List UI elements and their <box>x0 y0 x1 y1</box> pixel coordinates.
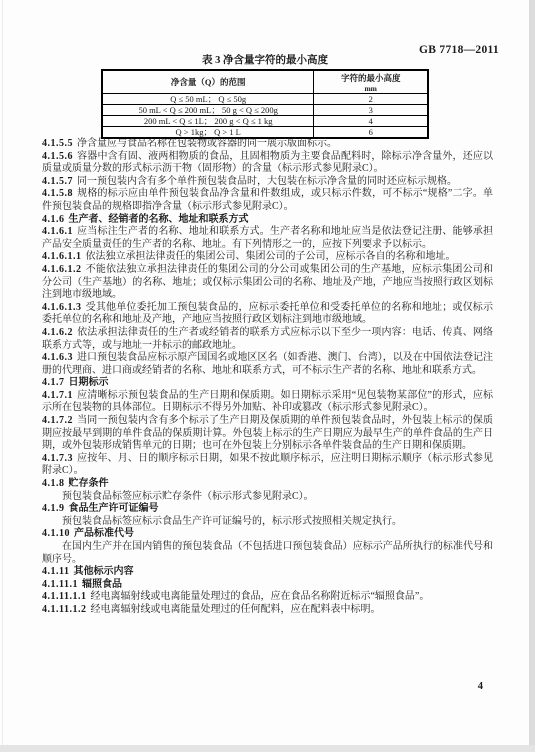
min-height-value-cell: 2 <box>314 94 428 105</box>
clause-number: 4.1.9 <box>42 503 65 514</box>
clause-text: 应当标注生产者的名称、地址和联系方式。生产者名称和地址应当是依法登记注册、能够承… <box>42 226 493 250</box>
section-heading: 4.1.11其他标示内容 <box>42 566 493 579</box>
paragraph: 预包装食品标签应标示贮存条件（标示形式参见附录C）。 <box>42 491 493 504</box>
clause-number: 4.1.5.8 <box>42 188 73 199</box>
clause-text: 辐照食品 <box>82 579 122 590</box>
min-height-value-cell: 4 <box>314 116 428 127</box>
paragraph: 4.1.6.3进口预包装食品应标示原产国国名或地区区名（如香港、澳门、台湾），以… <box>42 352 493 377</box>
clause-number: 4.1.7.3 <box>42 453 73 464</box>
min-height-column-header: 字符的最小高度 mm <box>314 70 428 94</box>
clause-text: 规格的标示应由单件预包装食品净含量和件数组成，或只标示件数，可不标示“规格”二字… <box>42 188 493 212</box>
clause-text: 进口预包装食品应标示原产国国名或地区区名（如香港、澳门、台湾），以及在中国依法登… <box>42 352 493 376</box>
net-content-range-cell: Q ≤ 50 mL； Q ≤ 50g <box>102 94 314 105</box>
net-content-table-section: 表 3 净含量字符的最小高度 净含量（Q）的范围 字符的最小高度 mm Q ≤ … <box>101 55 429 139</box>
section-heading: 4.1.10产品标准代号 <box>42 528 493 541</box>
table-row: Q > 1kg； Q > 1 L6 <box>102 127 428 139</box>
net-content-range-cell: Q > 1kg； Q > 1 L <box>102 127 314 139</box>
paragraph: 4.1.6.1应当标注生产者的名称、地址和联系方式。生产者名称和地址应当是依法登… <box>42 226 493 251</box>
table-row: Q ≤ 50 mL； Q ≤ 50g2 <box>102 94 428 105</box>
net-content-range-cell: 50 mL < Q ≤ 200 mL； 50 g < Q ≤ 200g <box>102 105 314 116</box>
paragraph: 4.1.5.7同一预包装内含有多个单件预包装食品时，大包装在标示净含量的同时还应… <box>42 176 493 189</box>
page-left-edge <box>2 0 3 752</box>
standard-code-header: GB 7718—2011 <box>419 44 499 56</box>
paragraph: 4.1.5.5净含量应与食品名称在包装物或容器的同一展示版面标示。 <box>42 138 493 151</box>
paragraph: 4.1.11.1.1经电离辐射线或电离能量处理过的食品，应在食品名称附近标示“辐… <box>42 591 493 604</box>
clause-text: 预包装食品标签应标示食品生产许可证编号的，标示形式按照相关规定执行。 <box>62 516 402 527</box>
clause-text: 同一预包装内含有多个单件预包装食品时，大包装在标示净含量的同时还应标示规格。 <box>77 176 457 187</box>
clause-text: 受其他单位委托加工预包装食品的，应标示委托单位和受委托单位的名称和地址；或仅标示… <box>42 302 493 326</box>
clause-number: 4.1.6 <box>42 214 65 225</box>
document-page: GB 7718—2011 表 3 净含量字符的最小高度 净含量（Q）的范围 字符… <box>0 0 535 752</box>
min-height-unit-label: mm <box>316 84 425 93</box>
clause-text: 食品生产许可证编号 <box>69 503 159 514</box>
min-height-value-cell: 3 <box>314 105 428 116</box>
clause-number: 4.1.6.1 <box>42 226 73 237</box>
net-content-min-height-table: 净含量（Q）的范围 字符的最小高度 mm Q ≤ 50 mL； Q ≤ 50g2… <box>101 69 429 139</box>
table-row: 200 mL < Q ≤ 1L； 200 g < Q ≤ 1 kg4 <box>102 116 428 127</box>
table-header-row: 净含量（Q）的范围 字符的最小高度 mm <box>102 70 428 94</box>
clause-number: 4.1.6.3 <box>42 352 73 363</box>
clause-number: 4.1.11.1 <box>42 579 78 590</box>
clause-text: 经电离辐射线或电离能量处理过的任何配料，应在配料表中标明。 <box>90 604 380 615</box>
clause-text: 日期标示 <box>69 377 109 388</box>
clause-number: 4.1.5.7 <box>42 176 73 187</box>
min-height-header-label: 字符的最小高度 <box>316 71 425 84</box>
paragraph: 预包装食品标签应标示食品生产许可证编号的，标示形式按照相关规定执行。 <box>42 516 493 529</box>
paragraph: 4.1.7.3应按年、月、日的顺序标示日期，如果不按此顺序标示，应注明日期标示顺… <box>42 453 493 478</box>
clause-number: 4.1.6.2 <box>42 327 73 338</box>
paragraph: 4.1.5.6容器中含有固、液两相物质的食品，且固相物质为主要食品配料时，除标示… <box>42 151 493 176</box>
clause-number: 4.1.6.1.2 <box>42 264 82 275</box>
clause-number: 4.1.8 <box>42 478 65 489</box>
paragraph: 4.1.7.1应清晰标示预包装食品的生产日期和保质期。如日期标示采用“见包装物某… <box>42 390 493 415</box>
clause-number: 4.1.7.1 <box>42 390 73 401</box>
clause-text: 预包装食品标签应标示贮存条件（标示形式参见附录C）。 <box>62 491 314 502</box>
paragraph: 在国内生产并在国内销售的预包装食品（不包括进口预包装食品）应标示产品所执行的标准… <box>42 541 493 566</box>
clause-number: 4.1.10 <box>42 528 70 539</box>
page-number: 4 <box>478 681 483 692</box>
clause-text: 不能依法独立承担法律责任的集团公司的分公司或集团公司的生产基地，应标示集团公司和… <box>42 264 493 300</box>
paragraph: 4.1.6.1.2不能依法独立承担法律责任的集团公司的分公司或集团公司的生产基地… <box>42 264 493 302</box>
paragraph: 4.1.7.2当同一预包装内含有多个标示了生产日期及保质期的单件预包装食品时，外… <box>42 415 493 453</box>
table-row: 50 mL < Q ≤ 200 mL； 50 g < Q ≤ 200g3 <box>102 105 428 116</box>
clause-number: 4.1.11.1.1 <box>42 591 86 602</box>
clause-text: 应清晰标示预包装食品的生产日期和保质期。如日期标示采用“见包装物某部位”的形式，… <box>42 390 493 414</box>
min-height-value-cell: 6 <box>314 127 428 139</box>
paragraph: 4.1.6.2依法承担法律责任的生产者或经销者的联系方式应标示以下至少一项内容：… <box>42 327 493 352</box>
clause-text: 在国内生产并在国内销售的预包装食品（不包括进口预包装食品）应标示产品所执行的标准… <box>42 541 493 565</box>
clause-number: 4.1.5.6 <box>42 151 73 162</box>
clause-number: 4.1.7 <box>42 377 65 388</box>
page-bottom-edge <box>0 745 535 752</box>
clause-text: 净含量应与食品名称在包装物或容器的同一展示版面标示。 <box>77 138 337 149</box>
section-heading: 4.1.8贮存条件 <box>42 478 493 491</box>
section-heading: 4.1.6生产者、经销者的名称、地址和联系方式 <box>42 214 493 227</box>
document-body: 4.1.5.5净含量应与食品名称在包装物或容器的同一展示版面标示。4.1.5.6… <box>42 138 493 617</box>
paragraph: 4.1.6.1.3受其他单位委托加工预包装食品的，应标示委托单位和受委托单位的名… <box>42 302 493 327</box>
clause-text: 贮存条件 <box>69 478 109 489</box>
section-heading: 4.1.9食品生产许可证编号 <box>42 503 493 516</box>
clause-number: 4.1.11 <box>42 566 69 577</box>
clause-text: 其他标示内容 <box>73 566 133 577</box>
table-caption: 表 3 净含量字符的最小高度 <box>101 55 429 67</box>
clause-number: 4.1.6.1.3 <box>42 302 82 313</box>
clause-text: 应按年、月、日的顺序标示日期，如果不按此顺序标示，应注明日期标示顺序（标示形式参… <box>42 453 493 477</box>
page-right-edge <box>529 0 535 752</box>
clause-text: 生产者、经销者的名称、地址和联系方式 <box>69 214 249 225</box>
section-heading: 4.1.7日期标示 <box>42 377 493 390</box>
range-column-header: 净含量（Q）的范围 <box>102 70 314 94</box>
clause-text: 容器中含有固、液两相物质的食品，且固相物质为主要食品配料时，除标示净含量外，还应… <box>42 151 493 175</box>
clause-text: 依法独立承担法律责任的集团公司、集团公司的子公司，应标示各自的名称和地址。 <box>86 251 456 262</box>
clause-number: 4.1.11.1.2 <box>42 604 86 615</box>
paragraph: 4.1.11.1.2经电离辐射线或电离能量处理过的任何配料，应在配料表中标明。 <box>42 604 493 617</box>
size-table-body: Q ≤ 50 mL； Q ≤ 50g250 mL < Q ≤ 200 mL； 5… <box>102 94 428 139</box>
paragraph: 4.1.5.8规格的标示应由单件预包装食品净含量和件数组成，或只标示件数，可不标… <box>42 188 493 213</box>
clause-text: 当同一预包装内含有多个标示了生产日期及保质期的单件预包装食品时，外包装上标示的保… <box>42 415 493 451</box>
clause-number: 4.1.7.2 <box>42 415 73 426</box>
clause-text: 经电离辐射线或电离能量处理过的食品，应在食品名称附近标示“辐照食品”。 <box>90 591 429 602</box>
section-heading: 4.1.11.1辐照食品 <box>42 579 493 592</box>
clause-number: 4.1.6.1.1 <box>42 251 82 262</box>
net-content-range-cell: 200 mL < Q ≤ 1L； 200 g < Q ≤ 1 kg <box>102 116 314 127</box>
paragraph: 4.1.6.1.1依法独立承担法律责任的集团公司、集团公司的子公司，应标示各自的… <box>42 251 493 264</box>
clause-number: 4.1.5.5 <box>42 138 73 149</box>
clause-text: 依法承担法律责任的生产者或经销者的联系方式应标示以下至少一项内容：电话、传真、网… <box>42 327 493 351</box>
clause-text: 产品标准代号 <box>74 528 134 539</box>
